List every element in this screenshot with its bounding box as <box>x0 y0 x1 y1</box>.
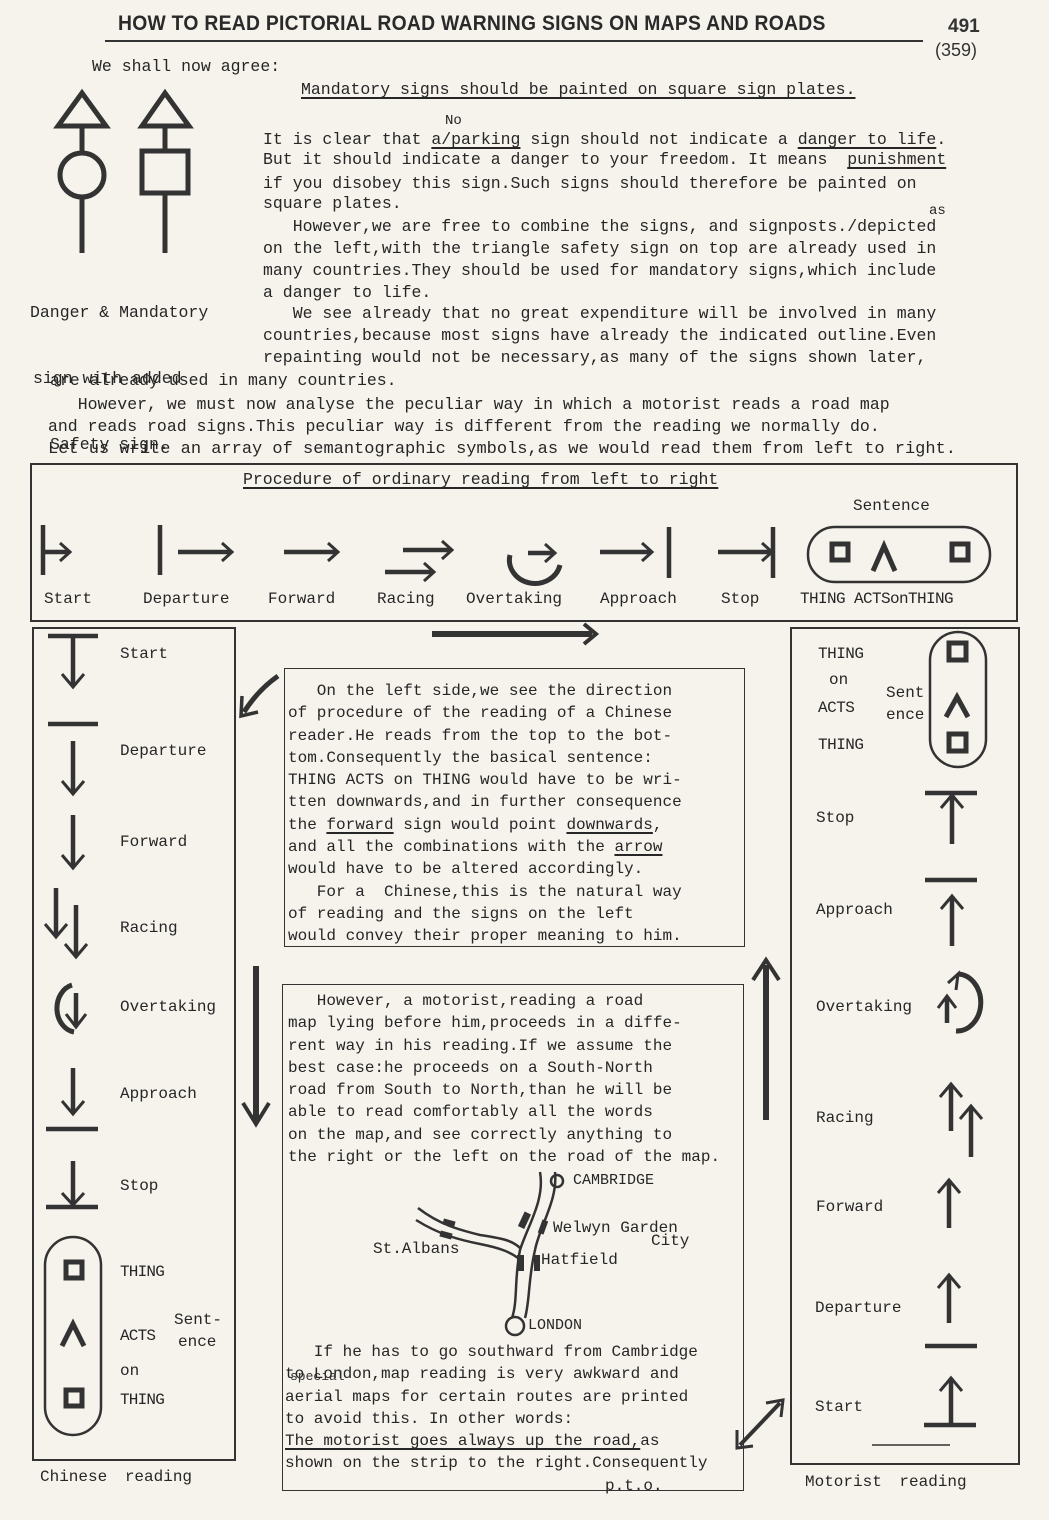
motorist-word-on: on <box>829 671 848 689</box>
motorist-item-departure: Departure <box>815 1299 901 1317</box>
motorist-sentence-label-2: ence <box>886 706 924 724</box>
long-up-arrow-icon <box>753 960 779 1120</box>
racing-up-icon <box>940 1084 982 1157</box>
stop-up-icon <box>925 793 977 844</box>
motorist-item-approach: Approach <box>816 901 893 919</box>
sentence-vertical-capsule-up-icon <box>930 632 986 767</box>
motorist-reading-symbols <box>0 0 1049 1520</box>
departure-up-icon <box>925 1275 977 1346</box>
motorist-word-acts: ACTS <box>818 699 854 717</box>
motorist-reading-caption: Motorist reading <box>805 1473 967 1491</box>
motorist-word-thing-2: THING <box>818 736 864 754</box>
motorist-item-forward: Forward <box>816 1198 883 1216</box>
motorist-sentence-label-1: Sent <box>886 684 924 702</box>
forward-up-icon <box>938 1180 960 1228</box>
diagonal-double-arrow-icon <box>737 1400 783 1448</box>
motorist-item-overtaking: Overtaking <box>816 998 912 1016</box>
start-up-icon <box>924 1378 976 1425</box>
motorist-item-stop: Stop <box>816 809 854 827</box>
motorist-item-start: Start <box>815 1398 863 1416</box>
overtaking-up-icon <box>938 974 981 1031</box>
motorist-word-thing-1: THING <box>818 645 864 663</box>
motorist-item-racing: Racing <box>816 1109 874 1127</box>
approach-up-icon <box>925 880 977 946</box>
